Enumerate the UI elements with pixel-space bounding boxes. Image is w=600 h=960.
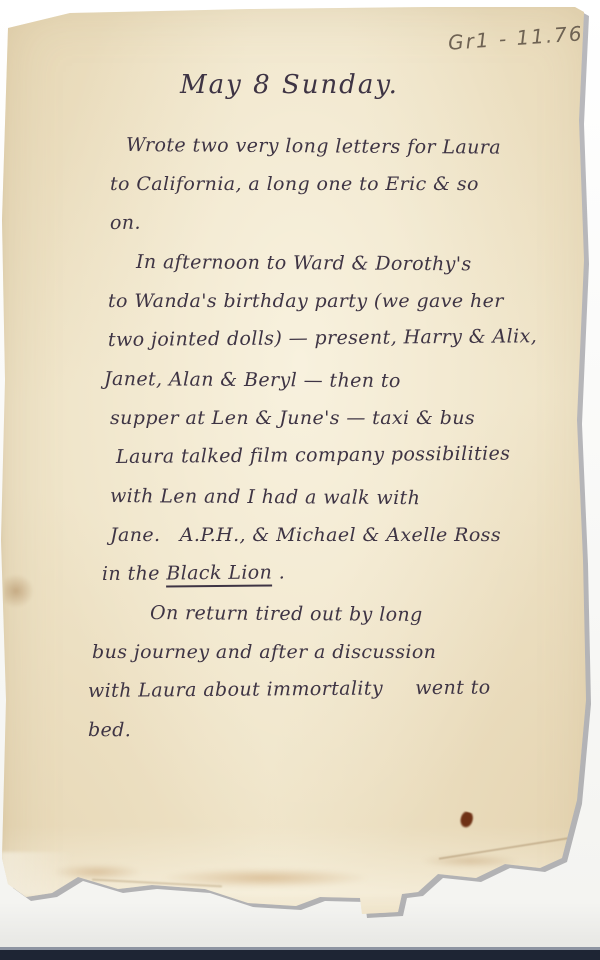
stain-torn-edge-left — [52, 864, 142, 880]
manuscript-line: In afternoon to Ward & Dorothy's — [136, 243, 556, 285]
manuscript-text: May 8 Sunday. Wrote two very long letter… — [88, 68, 556, 750]
stain-left-edge — [4, 574, 34, 608]
manuscript-line: bus journey and after a discussion — [92, 633, 556, 672]
manuscript-line: two jointed dolls) — present, Harry & Al… — [108, 317, 556, 360]
manuscript-line: in the Black Lion . — [102, 551, 556, 594]
manuscript-paper: Gr1 - 11.76 May 8 Sunday. Wrote two very… — [0, 0, 600, 960]
line-text: in the — [102, 562, 167, 585]
manuscript-line: with Len and I had a walk with — [110, 477, 556, 519]
manuscript-line: with Laura about immortality went to — [88, 668, 556, 711]
manuscript-line: supper at Len & June's — taxi & bus — [110, 399, 556, 438]
manuscript-line: to California, a long one to Eric & so — [110, 165, 556, 204]
manuscript-line: Laura talked film company possibilities — [116, 434, 556, 477]
manuscript-lines: Wrote two very long letters for Laurato … — [88, 126, 556, 750]
stain-red-dot — [458, 811, 475, 830]
manuscript-line: bed. — [88, 711, 556, 753]
entry-date-heading: May 8 Sunday. — [180, 68, 556, 102]
catalog-number: Gr1 - 11.76 — [448, 21, 585, 54]
manuscript-line: Jane. A.P.H., & Michael & Axelle Ross — [110, 516, 556, 555]
scanner-edge-band — [0, 950, 600, 960]
underlined-text: Black Lion — [166, 562, 272, 588]
line-text: . — [272, 561, 285, 583]
manuscript-line: On return tired out by long — [150, 594, 556, 636]
manuscript-line: to Wanda's birthday party (we gave her — [108, 282, 556, 321]
manuscript-line: on. — [110, 200, 556, 243]
manuscript-line: Janet, Alan & Beryl — then to — [104, 360, 556, 402]
manuscript-line: Wrote two very long letters for Laura — [126, 126, 556, 168]
